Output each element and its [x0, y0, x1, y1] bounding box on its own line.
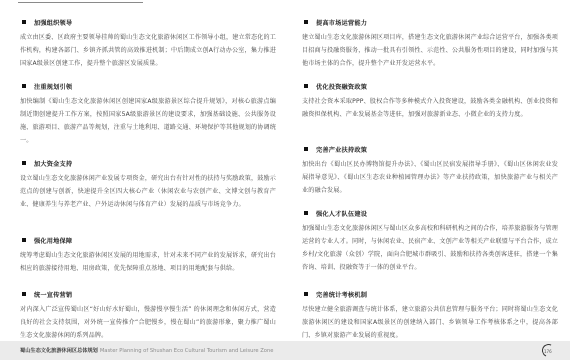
section-body: 尽快建立健全旅游调查与统计体系，建立旅游公共信息管理与服务平台；同时将蜀山生态文…	[302, 303, 558, 342]
square-bullet-icon	[22, 161, 26, 165]
section-funding-support: 加大资金支持 设立蜀山生态文化旅游休闲产业发展专项资金，研究出台有针对性的扶持与…	[20, 157, 276, 211]
page-number-badge: 176	[542, 344, 556, 358]
section-heading: 提高市场运营能力	[302, 16, 558, 28]
section-heading: 完善产业扶持政策	[302, 143, 558, 155]
section-organization-leadership: 加强组织领导 成立由区委、区政府主要领导挂帅的蜀山生态文化旅游休闲区工作领导小组…	[20, 16, 276, 70]
square-bullet-icon	[304, 292, 308, 296]
heading-text: 完善产业扶持政策	[316, 145, 367, 154]
section-body: 统筹考虑蜀山生态文化旅游休闲区发展的用地需求，针对未来不同产业的发展诉求，研究出…	[20, 249, 276, 275]
section-market-operation: 提高市场运营能力 建立蜀山生态文化旅游休闲区项目库，搭建生态文化旅游休闲产业综合…	[302, 16, 558, 70]
section-heading: 完善统计考核机制	[302, 288, 558, 300]
section-heading: 强化用地保障	[20, 234, 276, 246]
heading-text: 完善统计考核机制	[316, 290, 367, 299]
square-bullet-icon	[304, 20, 308, 24]
heading-text: 加强组织领导	[34, 18, 72, 27]
footer-title-cn: 蜀山生态文化旅游休闲区总体规划	[20, 348, 98, 354]
section-body: 加快出台《蜀山区民办博物馆提升办法》、《蜀山区民宿发展指导手册》、《蜀山区休闲农…	[302, 158, 558, 197]
page-footer: 蜀山生态文化旅游休闲区总体规划Master Planning of Shusha…	[0, 341, 570, 360]
section-body: 成立由区委、区政府主要领导挂帅的蜀山生态文化旅游休闲区工作领导小组，建立常态化的…	[20, 31, 276, 70]
top-rule	[18, 2, 143, 3]
section-body: 支持社会资本采取PPP、股权合作等多种模式介入投资建设，鼓励各类金融机构、创业投…	[302, 95, 558, 121]
square-bullet-icon	[304, 211, 308, 215]
footer-title-en: Master Planning of Shushan Eco Cultural …	[100, 348, 274, 354]
footer-title: 蜀山生态文化旅游休闲区总体规划Master Planning of Shusha…	[20, 347, 273, 354]
heading-text: 注重规划引领	[34, 82, 72, 91]
section-heading: 优化投资融资政策	[302, 80, 558, 92]
section-body: 设立蜀山生态文化旅游休闲产业发展专项资金，研究出台有针对性的扶持与奖励政策，鼓励…	[20, 172, 276, 211]
heading-text: 优化投资融资政策	[316, 82, 367, 91]
square-bullet-icon	[22, 238, 26, 242]
square-bullet-icon	[22, 84, 26, 88]
section-heading: 强化人才队伍建设	[302, 207, 558, 219]
section-planning-guidance: 注重规划引领 加快编制《蜀山生态文化旅游休闲区创建国家A级旅游景区综合提升规划》…	[20, 80, 276, 147]
section-heading: 注重规划引领	[20, 80, 276, 92]
section-industry-support-policy: 完善产业扶持政策 加快出台《蜀山区民办博物馆提升办法》、《蜀山区民宿发展指导手册…	[302, 143, 558, 197]
section-investment-policy: 优化投资融资政策 支持社会资本采取PPP、股权合作等多种模式介入投资建设，鼓励各…	[302, 80, 558, 121]
heading-text: 强化用地保障	[34, 236, 72, 245]
section-heading: 加强组织领导	[20, 16, 276, 28]
section-unified-marketing: 统一宣传营销 对内深入广泛宣传蜀山区“好山好水好蜀山，慢游慢享慢生活” 的休闲理…	[20, 288, 276, 342]
section-heading: 统一宣传营销	[20, 288, 276, 300]
section-body: 建立蜀山生态文化旅游休闲区项目库，搭建生态文化旅游休闲产业综合运营平台，加强各类…	[302, 31, 558, 70]
section-talent-building: 强化人才队伍建设 加强蜀山生态文化旅游休闲区与蜀山区众多高校和科研机构之间的合作…	[302, 207, 558, 274]
section-body: 加强蜀山生态文化旅游休闲区与蜀山区众多高校和科研机构之间的合作，培养旅游服务与管…	[302, 222, 558, 274]
heading-text: 加大资金支持	[34, 159, 72, 168]
section-body: 对内深入广泛宣传蜀山区“好山好水好蜀山，慢游慢享慢生活” 的休闲理念和休闲方式，…	[20, 303, 276, 342]
section-statistics-assessment: 完善统计考核机制 尽快建立健全旅游调查与统计体系，建立旅游公共信息管理与服务平台…	[302, 288, 558, 342]
square-bullet-icon	[304, 147, 308, 151]
square-bullet-icon	[22, 20, 26, 24]
square-bullet-icon	[304, 84, 308, 88]
section-land-guarantee: 强化用地保障 统筹考虑蜀山生态文化旅游休闲区发展的用地需求，针对未来不同产业的发…	[20, 234, 276, 275]
heading-text: 统一宣传营销	[34, 290, 72, 299]
heading-text: 提高市场运营能力	[316, 18, 367, 27]
page-number: 176	[544, 349, 552, 354]
section-body: 加快编制《蜀山生态文化旅游休闲区创建国家A级旅游景区综合提升规划》，对核心旅游点…	[20, 95, 276, 147]
square-bullet-icon	[22, 292, 26, 296]
section-heading: 加大资金支持	[20, 157, 276, 169]
heading-text: 强化人才队伍建设	[316, 209, 367, 218]
